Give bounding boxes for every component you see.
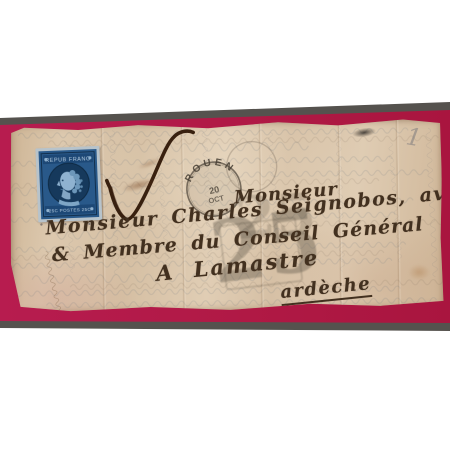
folded-letter-cover: ROUEN 20 OCT — [8, 118, 444, 314]
listing-photo-canvas: ROUEN 20 OCT — [0, 0, 450, 450]
ceres-stamp: REPUB FRANC 25C POSTES 25C — [35, 146, 102, 223]
